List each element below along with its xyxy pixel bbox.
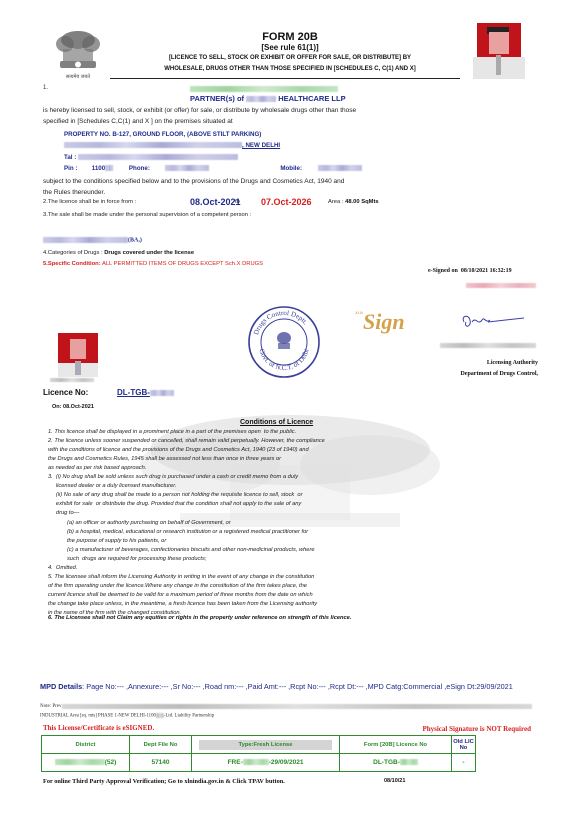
header-dept-file-no: Dept File No bbox=[130, 736, 192, 754]
redacted-authority-name bbox=[440, 343, 536, 348]
cell-old-lic-no: - bbox=[452, 754, 476, 772]
condition-line: 1. This licence shall be displayed in a … bbox=[48, 429, 296, 435]
condition-line: 4. Omitted. bbox=[48, 565, 77, 571]
condition-line: the Drugs and Cosmetics Rules, 1945 shal… bbox=[48, 456, 281, 462]
header-divider bbox=[110, 78, 460, 79]
valid-to-date: 07.Oct-2026 bbox=[261, 197, 312, 207]
address-line1: PROPERTY NO. B-127, GROUND FLOOR, (ABOVE… bbox=[64, 131, 261, 138]
table-row: (52) 57140 FRE--29/09/2021 DL-TGB- - bbox=[42, 754, 476, 772]
supervision-line: 3.The sale shall be made under the perso… bbox=[43, 212, 251, 218]
condition-line: such drugs are required for processing t… bbox=[48, 556, 206, 562]
licensing-authority: Licensing Authority bbox=[300, 360, 538, 366]
condition-line: with the conditions of licence and the p… bbox=[48, 447, 309, 453]
redacted-photo-caption bbox=[50, 378, 94, 382]
xln-sign-logo: XLN Sign bbox=[355, 305, 423, 335]
partner-name: PARTNER(s) of HEALTHCARE LLP bbox=[190, 94, 350, 103]
esigned-notice: This License/Certificate is eSIGNED. bbox=[43, 724, 154, 732]
drugs-control-stamp-icon: Drugs Control Deptt. Govt. of N.C.T. of … bbox=[247, 305, 321, 379]
physical-signature-notice: Physical Signature is NOT Required bbox=[422, 725, 531, 733]
esigned-timestamp: e-Signed on 08/10/2021 16:32:19 bbox=[428, 268, 512, 274]
terms-line1: subject to the conditions specified belo… bbox=[43, 178, 344, 185]
cell-dept-file-no: 57140 bbox=[130, 754, 192, 772]
print-date: 08/10/21 bbox=[384, 778, 405, 784]
license-paragraph-line2: specified in [Schedules C,C(1) and X ] o… bbox=[43, 118, 233, 125]
condition-line: (ii) No sale of any drug shall be made t… bbox=[48, 492, 303, 498]
form-subtitle-line1: [LICENCE TO SELL, STOCK OR EXHIBIT OR OF… bbox=[110, 55, 470, 61]
header-licence-no: Form [20B] Licence No bbox=[340, 736, 452, 754]
industrial-area-line: INDUSTRIAL Area [sq. mts] PHASE 1-NEW DE… bbox=[40, 713, 214, 719]
condition-line: the purpose of supply to his patients, o… bbox=[48, 538, 166, 544]
contact-row: Pin : 1100 Phone: Mobile: bbox=[64, 165, 424, 172]
tpav-instructions: For online Third Party Approval Verifica… bbox=[43, 778, 285, 785]
cell-district: (52) bbox=[42, 754, 130, 772]
header-type: Type:Fresh License bbox=[192, 736, 340, 754]
drug-categories: 4.Categories of Drugs : Drugs covered un… bbox=[43, 250, 194, 256]
conditions-title: Conditions of Licence bbox=[240, 419, 313, 426]
form-title: FORM 20B bbox=[110, 31, 470, 43]
terms-line2: the Rules thereunder. bbox=[43, 189, 105, 196]
ashoka-emblem-icon: सत्यमेव जयते bbox=[48, 26, 108, 82]
condition-line: the change take place unless, in the mea… bbox=[48, 601, 317, 607]
condition-line: exhibit for sale or distribute the drug.… bbox=[48, 501, 301, 507]
cell-type: FRE--29/09/2021 bbox=[192, 754, 340, 772]
area-value: 48.00 SqMts bbox=[345, 199, 379, 205]
redacted-signer-name bbox=[466, 283, 536, 288]
redacted-partner-names bbox=[190, 86, 338, 92]
svg-text:सत्यमेव जयते: सत्यमेव जयते bbox=[66, 73, 90, 80]
rule-reference: [See rule 61(1)] bbox=[110, 43, 470, 52]
condition-line: drug to— bbox=[48, 510, 79, 516]
note-label: Note: Prev bbox=[40, 704, 62, 709]
condition-line: as needed as per risk based approach. bbox=[48, 465, 146, 471]
competent-person: (BA,) bbox=[43, 237, 142, 244]
svg-text:Drugs Control Deptt.: Drugs Control Deptt. bbox=[252, 309, 310, 336]
svg-text:XLN: XLN bbox=[355, 310, 363, 315]
condition-line: (c) a manufacturer of beverages, confect… bbox=[48, 547, 315, 553]
cell-licence-no: DL-TGB- bbox=[340, 754, 452, 772]
validity-row: 2.The licence shall be in force from : 0… bbox=[43, 199, 463, 205]
condition-line: 3. (i) No drug shall be sold unless such… bbox=[48, 474, 298, 480]
svg-text:Sign: Sign bbox=[363, 309, 405, 334]
valid-from-date: 08.Oct-2021 bbox=[190, 197, 241, 207]
condition-line: (a) an officer or authority purchasing o… bbox=[48, 520, 231, 526]
condition-line: current licence shall be deemed to be va… bbox=[48, 592, 313, 598]
condition-line: of the firm operating under the licence.… bbox=[48, 583, 307, 589]
address-line2: , NEW DELHI bbox=[64, 142, 280, 149]
licensee-photo bbox=[473, 23, 525, 79]
form-subtitle-line2: WHOLESALE, DRUGS OTHER THAN THOSE SPECIF… bbox=[110, 66, 470, 72]
item-number-1: 1. bbox=[43, 85, 48, 91]
condition-line: licensed dealer or a duly licensed manuf… bbox=[48, 483, 176, 489]
table-header-row: District Dept File No Type:Fresh License… bbox=[42, 736, 476, 754]
licence-date: On: 08.Oct-2021 bbox=[52, 404, 94, 410]
licensee-photo-small bbox=[58, 333, 98, 377]
condition-line: 2. The licence unless sooner suspended o… bbox=[48, 438, 325, 444]
department-name: Department of Drugs Control, bbox=[300, 371, 538, 377]
condition-line: (b) a hospital, medical, educational or … bbox=[48, 529, 308, 535]
header-old-lic-no: Old LIC No bbox=[452, 736, 476, 754]
mpd-details: MPD Details: Page No:--- ,Annexure:--- ,… bbox=[40, 681, 540, 692]
handwritten-signature-icon bbox=[458, 310, 528, 332]
condition-line: 5. The licensee shall inform the Licensi… bbox=[48, 574, 314, 580]
condition-6: 6. The Licensee shall not Claim any equi… bbox=[48, 615, 351, 621]
licence-summary-table: District Dept File No Type:Fresh License… bbox=[41, 735, 476, 772]
redacted-note bbox=[62, 704, 532, 709]
license-paragraph-line1: is hereby licensed to sell, stock, or ex… bbox=[43, 107, 356, 114]
licence-number-label: Licence No: bbox=[43, 388, 88, 397]
header-district: District bbox=[42, 736, 130, 754]
tal-row: Tal : bbox=[64, 154, 238, 161]
specific-condition: 5.Specific Condition: ALL PERMITTED ITEM… bbox=[43, 261, 263, 267]
